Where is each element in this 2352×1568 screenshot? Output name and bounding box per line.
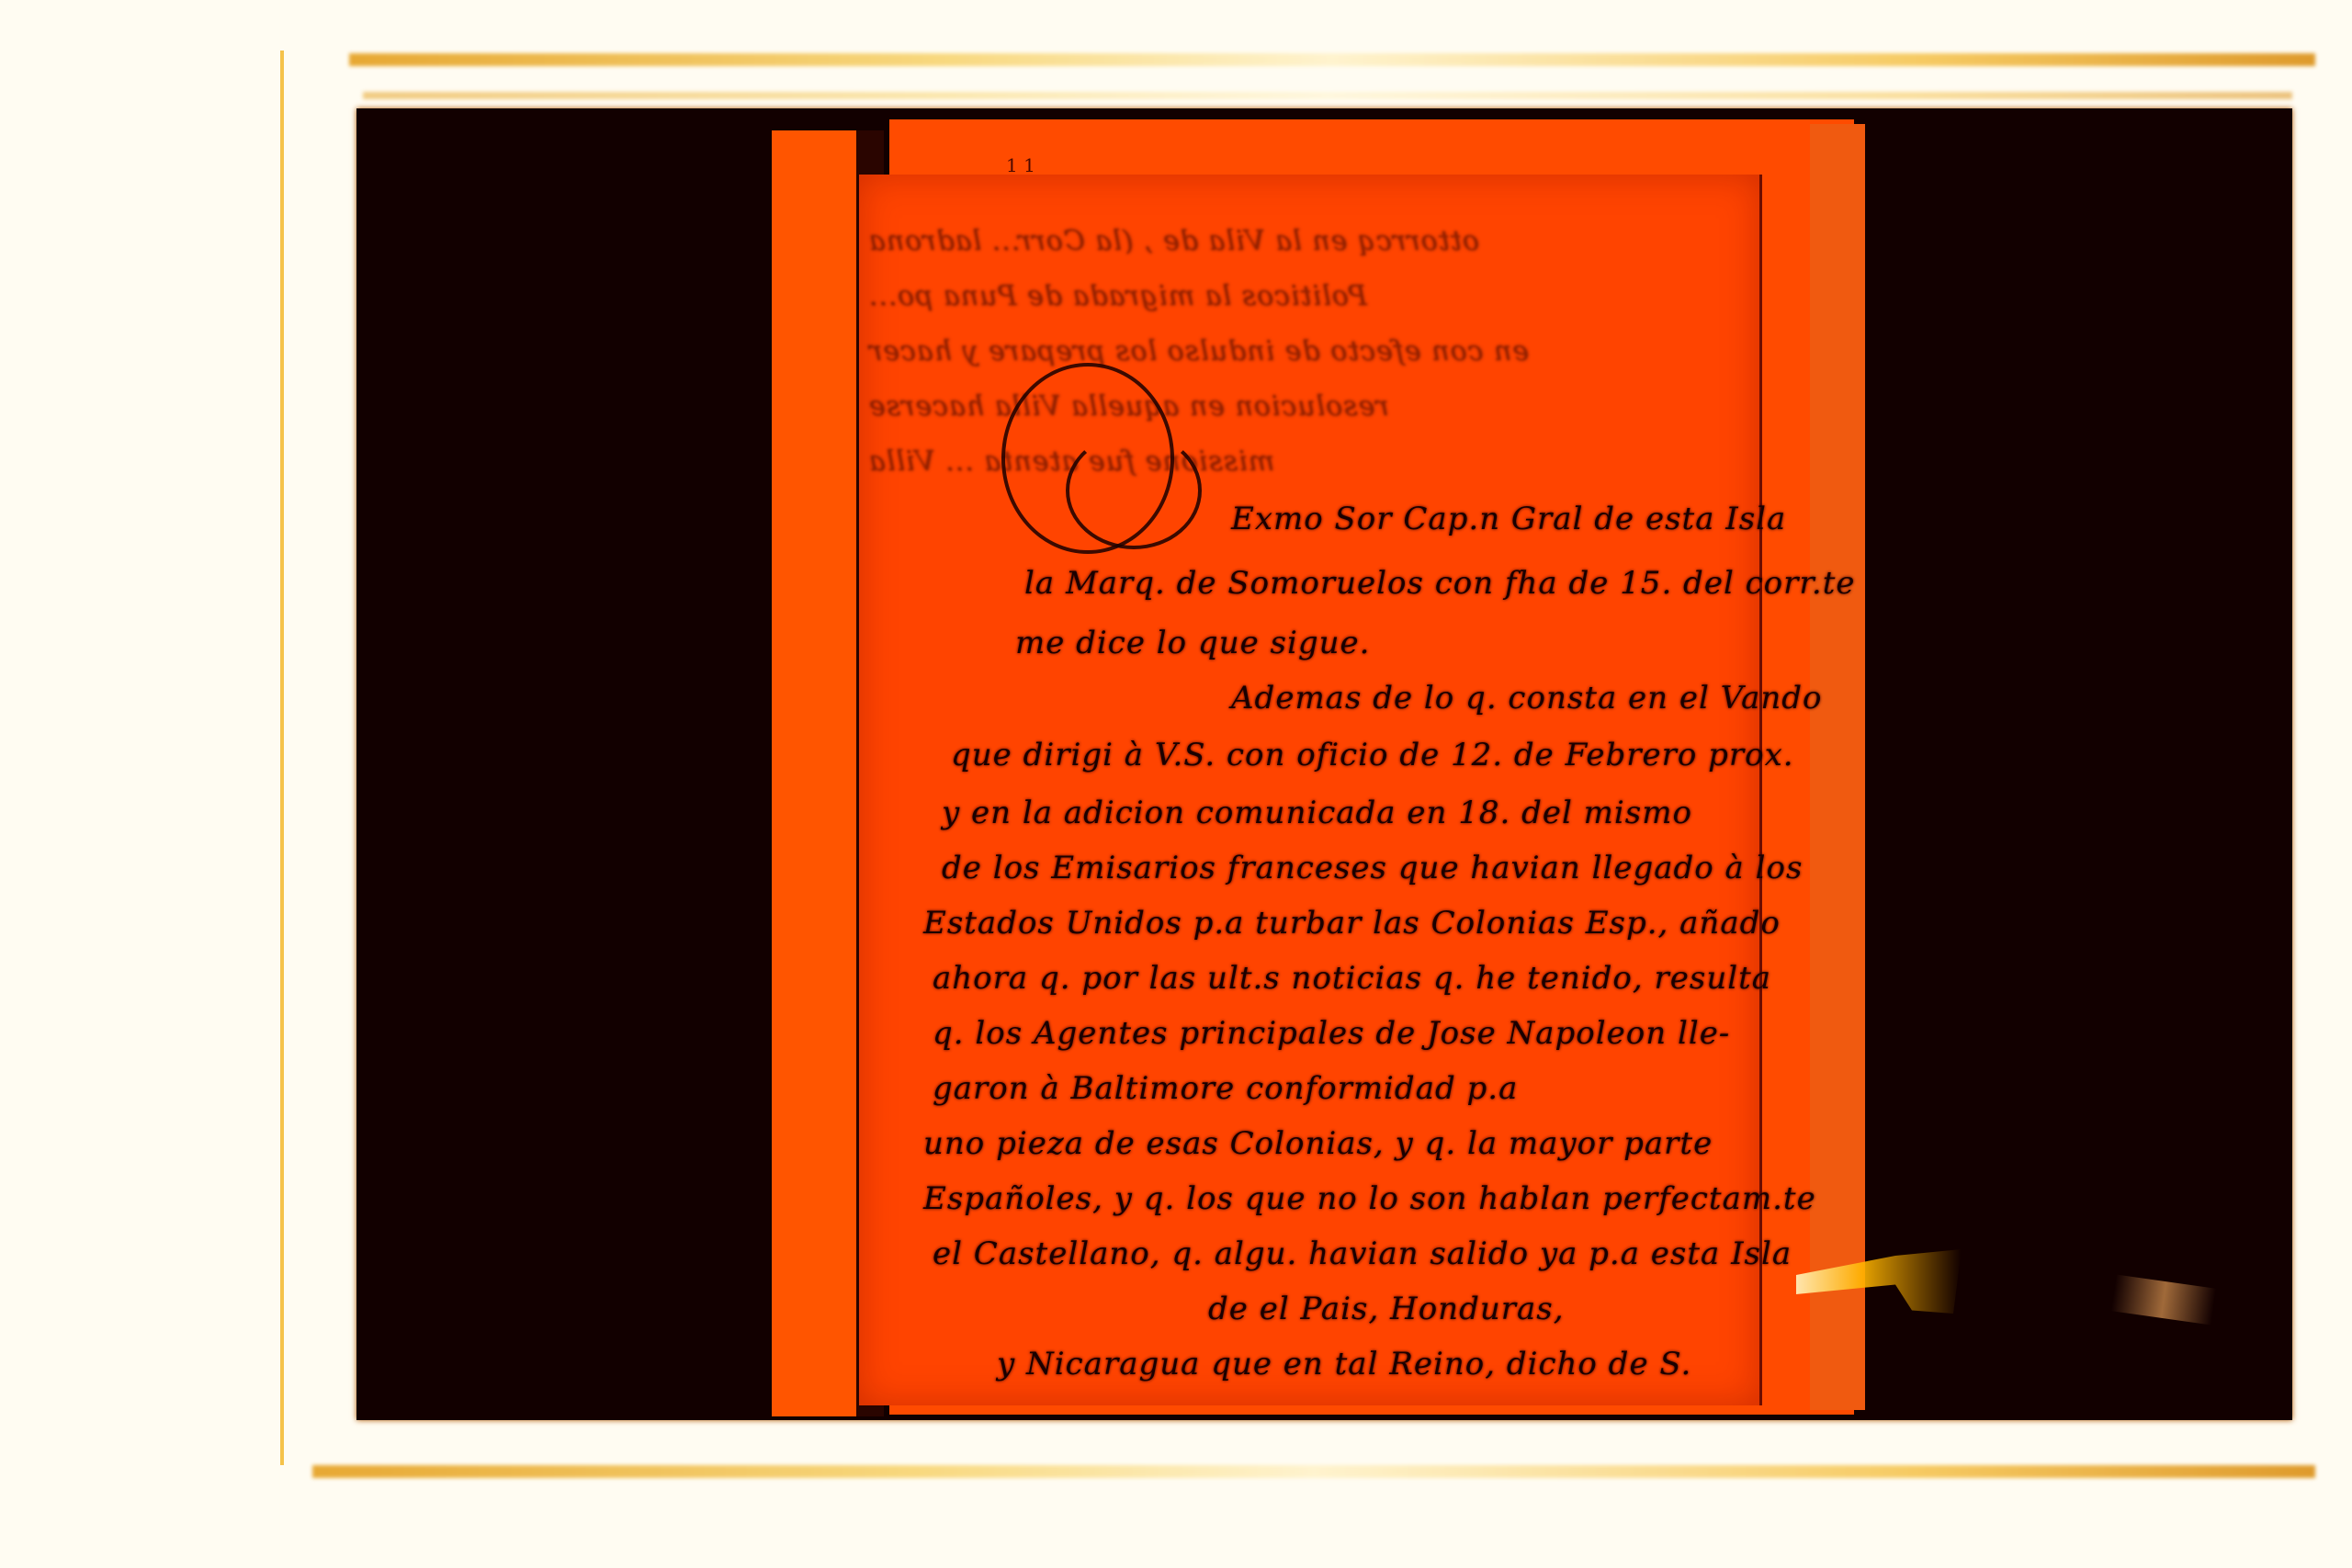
text-line: q. los Agentes principales de Jose Napol… [933, 1015, 1730, 1052]
text-line: el Castellano, q. algu. havian salido ya… [933, 1235, 1792, 1272]
text-line: y Nicaragua que en tal Reino, dicho de S… [997, 1346, 1691, 1382]
text-line: Ademas de lo q. consta en el Vando [1231, 680, 1823, 716]
text-line: ahora q. por las ult.s noticias q. he te… [933, 960, 1771, 997]
initial-flourish-lower [1066, 432, 1202, 549]
manuscript-page: ottorrcq en la Vila de , (la Corr... lad… [859, 175, 1762, 1405]
text-line: uno pieza de esas Colonias, y q. la mayo… [923, 1125, 1713, 1162]
frame-band-inner [363, 92, 2292, 99]
frame-band-bottom [312, 1465, 2315, 1478]
page-edge-right [1810, 124, 1865, 1410]
text-line: Estados Unidos p.a turbar las Colonias E… [923, 905, 1781, 942]
binding-strip [772, 130, 856, 1416]
bleed-line: Politicos la migrada de Puna po... [868, 280, 1367, 312]
folio-mark: 1 1 [1006, 154, 1035, 176]
bleed-line: ottorrcq en la Vila de , (la Corr... lad… [868, 225, 1479, 257]
text-line: la Marq. de Somoruelos con fha de 15. de… [1024, 565, 1856, 602]
frame-band-top [349, 53, 2315, 66]
text-line: que dirigi à V.S. con oficio de 12. de F… [951, 737, 1794, 773]
text-line: garon à Baltimore conformidad p.a [933, 1070, 1518, 1107]
text-line: y en la adicion comunicada en 18. del mi… [942, 795, 1692, 831]
bleed-line: en con efecto de indulso los prepare y h… [868, 335, 1529, 367]
text-line: de los Emisarios franceses que havian ll… [942, 850, 1803, 886]
text-line: Españoles, y q. los que no lo son hablan… [923, 1180, 1816, 1217]
text-line: de el Pais, Honduras, [1208, 1291, 1565, 1327]
text-line: me dice lo que sigue. [1015, 625, 1370, 661]
heading-line: Exmo Sor Cap.n Gral de esta Isla [1231, 501, 1786, 537]
